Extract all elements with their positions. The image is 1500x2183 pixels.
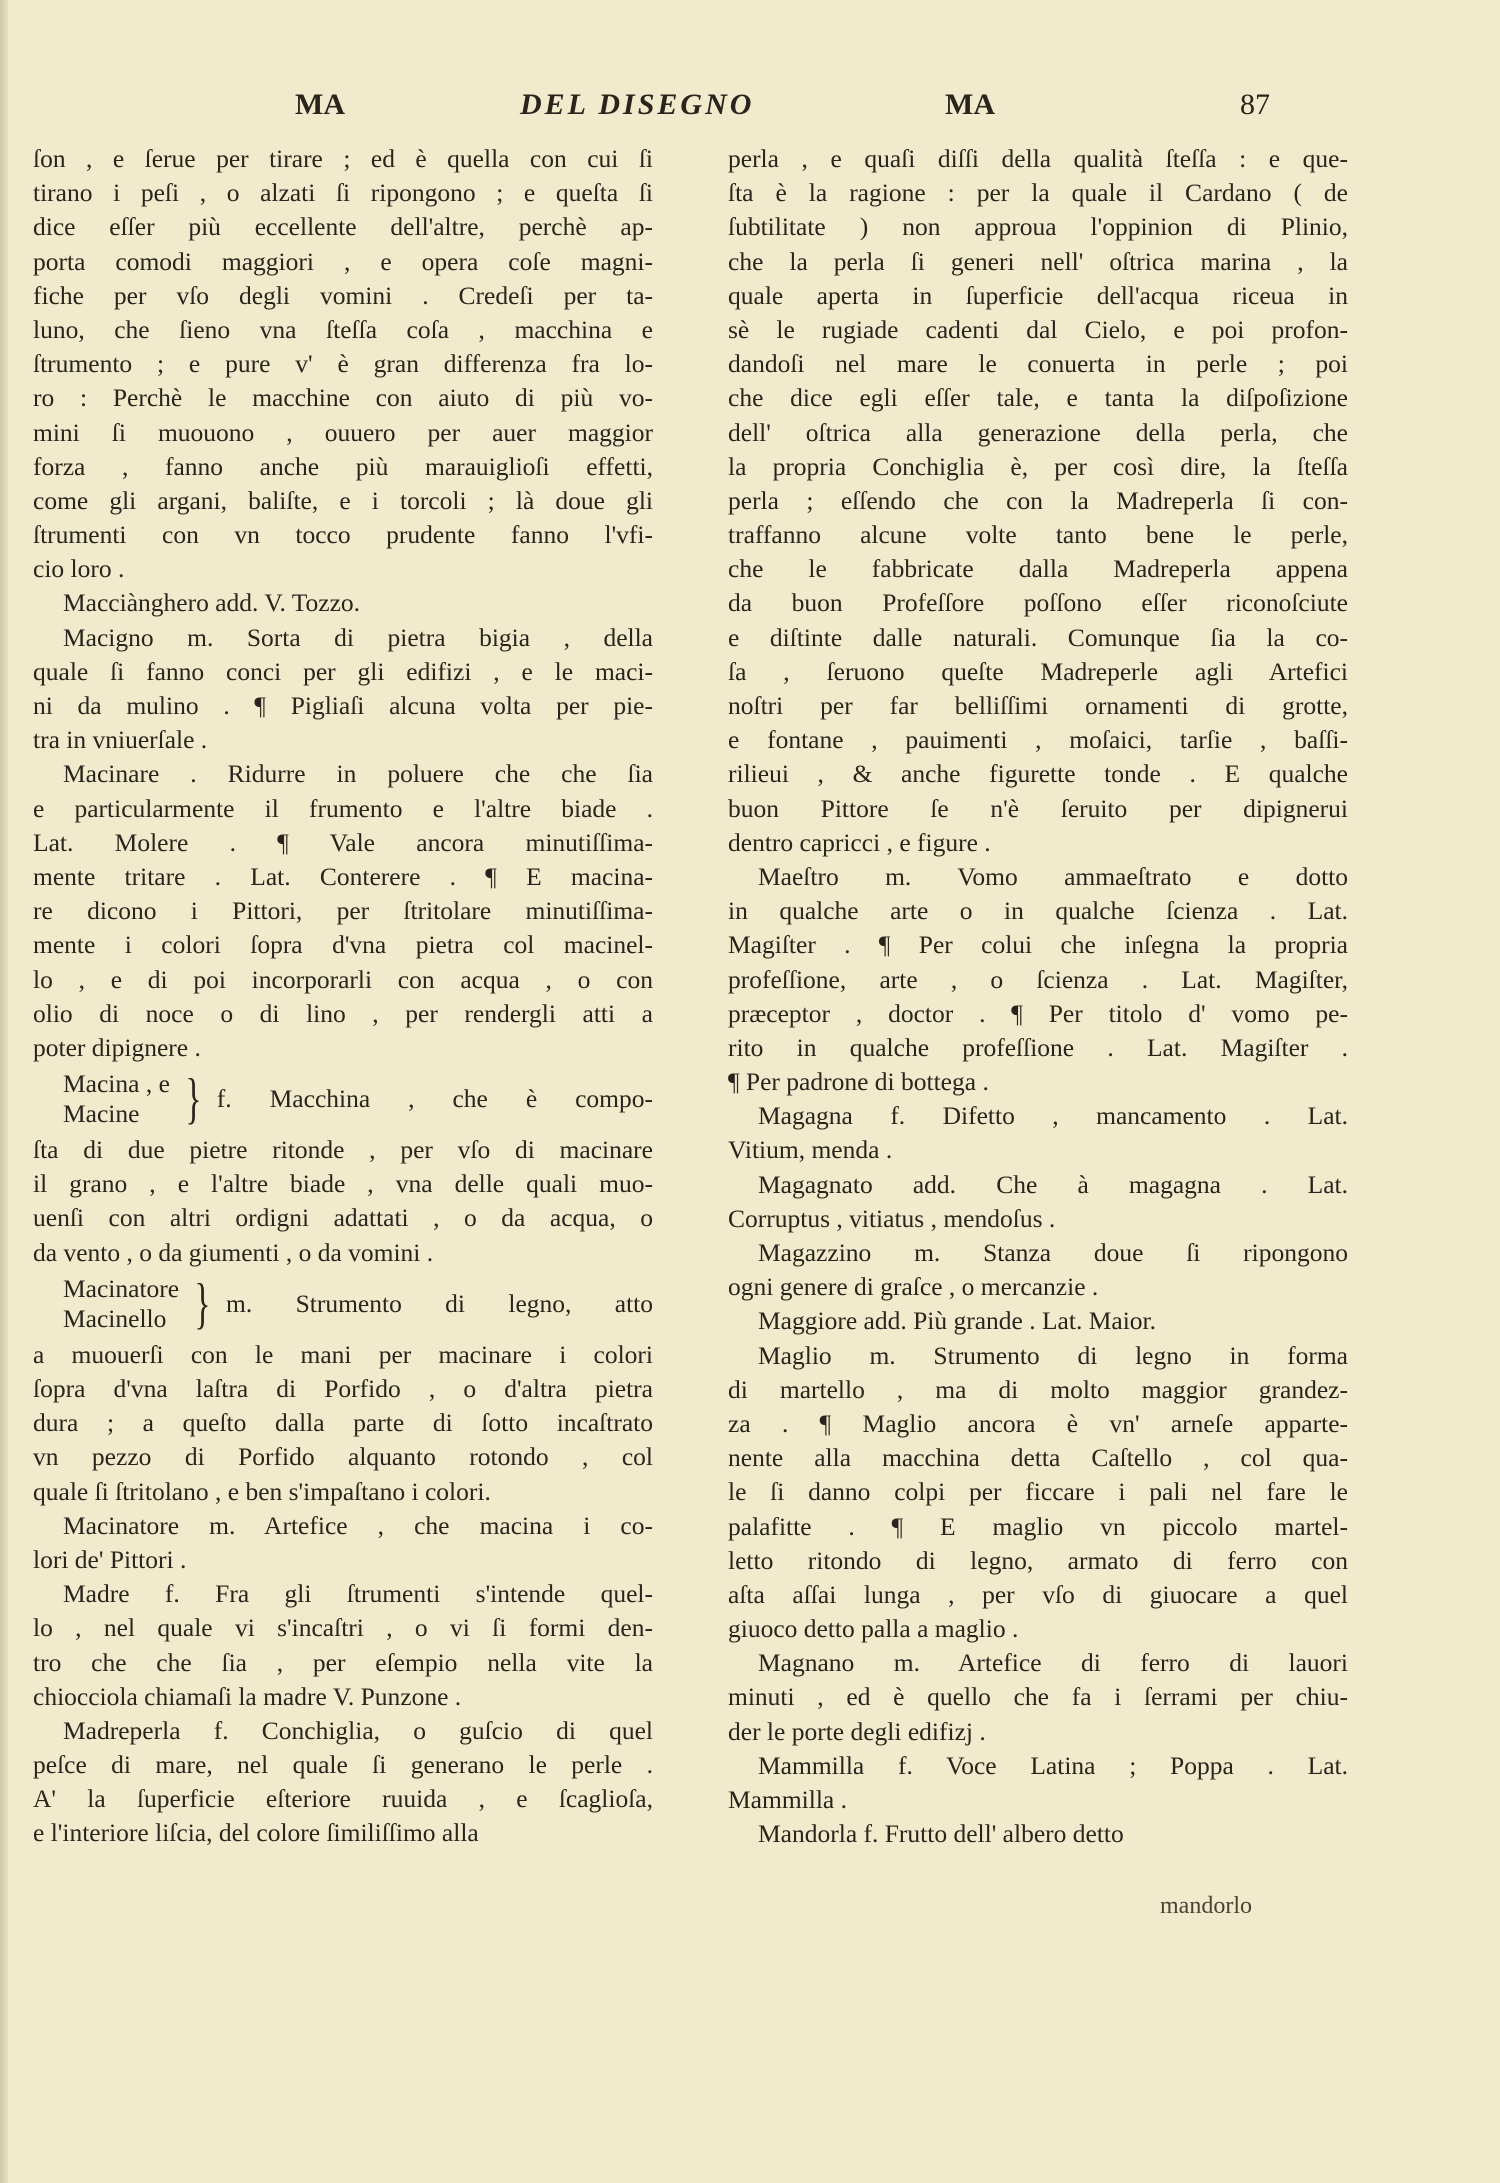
- dictionary-entry: Magnano m. Artefice di ferro di lauorimi…: [728, 1646, 1348, 1749]
- text-line: rito in qualche profeſſione . Lat. Magiſ…: [728, 1031, 1348, 1065]
- continued-text: ſon , e ſerue per tirare ; ed è quella c…: [33, 142, 653, 586]
- text-line: za . ¶ Maglio ancora è vn' arneſe appart…: [728, 1407, 1348, 1441]
- dictionary-entry: Macina , eMacine}f. Macchina , che è com…: [33, 1065, 653, 1270]
- text-line: ſtrumento ; e pure v' è gran differenza …: [33, 347, 653, 381]
- text-line: chiocciola chiamaſi la madre V. Punzone …: [33, 1680, 653, 1714]
- right-column: perla , e quaſi diſſi della qualità ſteſ…: [728, 142, 1348, 1851]
- dictionary-entry: Maeſtro m. Vomo ammaeſtrato e dottoin qu…: [728, 860, 1348, 1099]
- dictionary-entry: Madre f. Fra gli ſtrumenti s'intende que…: [33, 1577, 653, 1714]
- text-line: noſtri per far belliſſimi ornamenti di g…: [728, 689, 1348, 723]
- brace-icon: }: [194, 1276, 210, 1332]
- text-line: sè le rugiade cadenti dal Cielo, e poi p…: [728, 313, 1348, 347]
- text-line: quale aperta in ſuperficie dell'acqua ri…: [728, 279, 1348, 313]
- continued-text: perla , e quaſi diſſi della qualità ſteſ…: [728, 142, 1348, 860]
- dictionary-entry: Macinare . Ridurre in poluere che che ſi…: [33, 757, 653, 1065]
- dictionary-entry: Magagnato add. Che à magagna . Lat.Corru…: [728, 1168, 1348, 1236]
- text-line: mente i colori ſopra d'vna pietra col ma…: [33, 928, 653, 962]
- dictionary-entry: Madreperla f. Conchiglia, o guſcio di qu…: [33, 1714, 653, 1851]
- dictionary-entry: Mammilla f. Voce Latina ; Poppa . Lat.Ma…: [728, 1749, 1348, 1817]
- text-line: Mandorla f. Frutto dell' albero detto: [728, 1817, 1348, 1851]
- text-line: buon Pittore ſe n'è ſeruito per dipigner…: [728, 792, 1348, 826]
- text-line: Magagna f. Difetto , mancamento . Lat.: [728, 1099, 1348, 1133]
- text-line: che la perla ſi generi nell' oſtrica mar…: [728, 245, 1348, 279]
- text-line: olio di noce o di lino , per rendergli a…: [33, 997, 653, 1031]
- bracketed-headwords: MacinatoreMacinello}m. Strumento di legn…: [33, 1270, 653, 1338]
- headword: Macine: [63, 1099, 170, 1129]
- text-line: minuti , ed è quello che fa i ſerrami pe…: [728, 1680, 1348, 1714]
- text-line: e particularmente il frumento e l'altre …: [33, 792, 653, 826]
- text-line: ſta di due pietre ritonde , per vſo di m…: [33, 1133, 653, 1167]
- text-line: Magagnato add. Che à magagna . Lat.: [728, 1168, 1348, 1202]
- text-line: tro che che ſia , per eſempio nella vite…: [33, 1646, 653, 1680]
- text-line: Magazzino m. Stanza doue ſi ripongono: [728, 1236, 1348, 1270]
- text-line: ro : Perchè le macchine con aiuto di più…: [33, 381, 653, 415]
- header-title: DEL DISEGNO: [520, 88, 754, 122]
- text-line: e fontane , pauimenti , moſaici, tarſie …: [728, 723, 1348, 757]
- text-line: ſubtilitate ) non approua l'oppinion di …: [728, 210, 1348, 244]
- catchword: mandorlo: [1160, 1893, 1252, 1920]
- header-right-letters: MA: [945, 88, 995, 122]
- text-line: cio loro .: [33, 552, 653, 586]
- text-line: ſtrumenti con vn tocco prudente fanno l'…: [33, 518, 653, 552]
- text-line: vn pezzo di Porfido alquanto rotondo , c…: [33, 1440, 653, 1474]
- text-line: quale ſi fanno conci per gli edifizi , e…: [33, 655, 653, 689]
- bracketed-headwords: Macina , eMacine}f. Macchina , che è com…: [33, 1065, 653, 1133]
- text-line: Macciànghero add. V. Tozzo.: [33, 586, 653, 620]
- text-line: giuoco detto palla a maglio .: [728, 1612, 1348, 1646]
- text-line: re dicono i Pittori, per ſtritolare minu…: [33, 894, 653, 928]
- text-line: lo , e di poi incorporarli con acqua , o…: [33, 963, 653, 997]
- dictionary-entry: Mandorla f. Frutto dell' albero detto: [728, 1817, 1348, 1851]
- text-line: nente alla macchina detta Caſtello , col…: [728, 1441, 1348, 1475]
- text-line: Maggiore add. Più grande . Lat. Maior.: [728, 1304, 1348, 1338]
- header-left-letters: MA: [295, 88, 345, 122]
- text-line: da buon Profeſſore poſſono eſſer riconoſ…: [728, 586, 1348, 620]
- dictionary-entry: Maglio m. Strumento di legno in formadi …: [728, 1339, 1348, 1647]
- text-line: il grano , e l'altre biade , vna delle q…: [33, 1167, 653, 1201]
- text-line: der le porte degli edifizj .: [728, 1715, 1348, 1749]
- text-line: Corruptus , vitiatus , mendoſus .: [728, 1202, 1348, 1236]
- text-line: le ſi danno colpi per ficcare i pali nel…: [728, 1475, 1348, 1509]
- text-line: Mammilla f. Voce Latina ; Poppa . Lat.: [728, 1749, 1348, 1783]
- text-line: poter dipignere .: [33, 1031, 653, 1065]
- text-line: lori de' Pittori .: [33, 1543, 653, 1577]
- text-line: dell' oſtrica alla generazione della per…: [728, 416, 1348, 450]
- text-line: peſce di mare, nel quale ſi generano le …: [33, 1748, 653, 1782]
- text-line: ſopra d'vna laſtra di Porfido , o d'altr…: [33, 1372, 653, 1406]
- text-line: Madre f. Fra gli ſtrumenti s'intende que…: [33, 1577, 653, 1611]
- text-line: traffanno alcune volte tanto bene le per…: [728, 518, 1348, 552]
- text-line: di martello , ma di molto maggior grande…: [728, 1373, 1348, 1407]
- headword: Macinello: [63, 1304, 179, 1334]
- definition-start: m. Strumento di legno, atto: [226, 1287, 653, 1321]
- text-line: la propria Conchiglia è, per così dire, …: [728, 450, 1348, 484]
- text-line: ſa , ſeruono queſte Madreperle agli Arte…: [728, 655, 1348, 689]
- text-line: dice eſſer più eccellente dell'altre, pe…: [33, 210, 653, 244]
- text-line: dandoſi nel mare le conuerta in perle ; …: [728, 347, 1348, 381]
- text-line: Macinare . Ridurre in poluere che che ſi…: [33, 757, 653, 791]
- text-line: Madreperla f. Conchiglia, o guſcio di qu…: [33, 1714, 653, 1748]
- text-line: fiche per vſo degli vomini . Credeſi per…: [33, 279, 653, 313]
- text-line: aſta aſſai lunga , per vſo di giuocare a…: [728, 1578, 1348, 1612]
- text-line: tirano i peſi , o alzati ſi ripongono ; …: [33, 176, 653, 210]
- text-line: porta comodi maggiori , e opera coſe mag…: [33, 245, 653, 279]
- text-line: da vento , o da giumenti , o da vomini .: [33, 1236, 653, 1270]
- text-line: Maeſtro m. Vomo ammaeſtrato e dotto: [728, 860, 1348, 894]
- dictionary-entry: Maggiore add. Più grande . Lat. Maior.: [728, 1304, 1348, 1338]
- dictionary-entry: MacinatoreMacinello}m. Strumento di legn…: [33, 1270, 653, 1509]
- text-line: lo , nel quale vi s'incaſtri , o vi ſi f…: [33, 1611, 653, 1645]
- text-line: mente tritare . Lat. Conterere . ¶ E mac…: [33, 860, 653, 894]
- running-header: MA DEL DISEGNO MA 87: [0, 88, 1500, 128]
- page-gutter: [0, 0, 8, 2183]
- text-line: quale ſi ſtritolano , e ben s'impaſtano …: [33, 1475, 653, 1509]
- text-line: a muouerſi con le mani per macinare i co…: [33, 1338, 653, 1372]
- text-line: Maglio m. Strumento di legno in forma: [728, 1339, 1348, 1373]
- text-line: Lat. Molere . ¶ Vale ancora minutiſſima-: [33, 826, 653, 860]
- headword: Macinatore: [63, 1274, 179, 1304]
- text-line: forza , fanno anche più marauiglioſi eff…: [33, 450, 653, 484]
- text-line: ¶ Per padrone di bottega .: [728, 1065, 1348, 1099]
- text-line: perla , e quaſi diſſi della qualità ſteſ…: [728, 142, 1348, 176]
- text-line: dura ; a queſto dalla parte di ſotto inc…: [33, 1406, 653, 1440]
- text-line: Magiſter . ¶ Per colui che inſegna la pr…: [728, 928, 1348, 962]
- text-line: in qualche arte o in qualche ſcienza . L…: [728, 894, 1348, 928]
- text-line: che le fabbricate dalla Madreperla appen…: [728, 552, 1348, 586]
- text-line: dentro capricci , e figure .: [728, 826, 1348, 860]
- text-line: mini ſi muouono , ouuero per auer maggio…: [33, 416, 653, 450]
- text-line: Macinatore m. Artefice , che macina i co…: [33, 1509, 653, 1543]
- text-line: ſta è la ragione : per la quale il Carda…: [728, 176, 1348, 210]
- brace-icon: }: [185, 1071, 201, 1127]
- text-line: come gli argani, baliſte, e i torcoli ; …: [33, 484, 653, 518]
- text-line: che dice egli eſſer tale, e tanta la diſ…: [728, 381, 1348, 415]
- text-line: A' la ſuperficie eſteriore ruuida , e ſc…: [33, 1782, 653, 1816]
- dictionary-entry: Magagna f. Difetto , mancamento . Lat.Vi…: [728, 1099, 1348, 1167]
- text-line: palafitte . ¶ E maglio vn piccolo martel…: [728, 1510, 1348, 1544]
- headword: Macina , e: [63, 1069, 170, 1099]
- text-line: ſon , e ſerue per tirare ; ed è quella c…: [33, 142, 653, 176]
- text-line: Magnano m. Artefice di ferro di lauori: [728, 1646, 1348, 1680]
- left-column: ſon , e ſerue per tirare ; ed è quella c…: [33, 142, 653, 1851]
- dictionary-entry: Macinatore m. Artefice , che macina i co…: [33, 1509, 653, 1577]
- text-line: e diſtinte dalle naturali. Comunque ſia …: [728, 621, 1348, 655]
- text-line: ogni genere di graſce , o mercanzie .: [728, 1270, 1348, 1304]
- text-line: tra in vniuerſale .: [33, 723, 653, 757]
- text-line: rilieui , & anche figurette tonde . E qu…: [728, 757, 1348, 791]
- text-line: Mammilla .: [728, 1783, 1348, 1817]
- text-line: uenſi con altri ordigni adattati , o da …: [33, 1201, 653, 1235]
- text-line: e l'interiore liſcia, del colore ſimiliſ…: [33, 1816, 653, 1850]
- dictionary-entry: Macciànghero add. V. Tozzo.: [33, 586, 653, 620]
- dictionary-entry: Magazzino m. Stanza doue ſi ripongonoogn…: [728, 1236, 1348, 1304]
- text-line: luno, che ſieno vna ſteſſa coſa , macchi…: [33, 313, 653, 347]
- text-line: letto ritondo di legno, armato di ferro …: [728, 1544, 1348, 1578]
- dictionary-entry: Macigno m. Sorta di pietra bigia , della…: [33, 621, 653, 758]
- text-line: ni da mulino . ¶ Pigliaſi alcuna volta p…: [33, 689, 653, 723]
- text-line: præceptor , doctor . ¶ Per titolo d' vom…: [728, 997, 1348, 1031]
- text-line: Macigno m. Sorta di pietra bigia , della: [33, 621, 653, 655]
- page-number: 87: [1240, 88, 1270, 122]
- text-line: Vitium, menda .: [728, 1133, 1348, 1167]
- text-line: perla ; eſſendo che con la Madreperla ſi…: [728, 484, 1348, 518]
- definition-start: f. Macchina , che è compo-: [217, 1082, 653, 1116]
- text-line: profeſſione, arte , o ſcienza . Lat. Mag…: [728, 963, 1348, 997]
